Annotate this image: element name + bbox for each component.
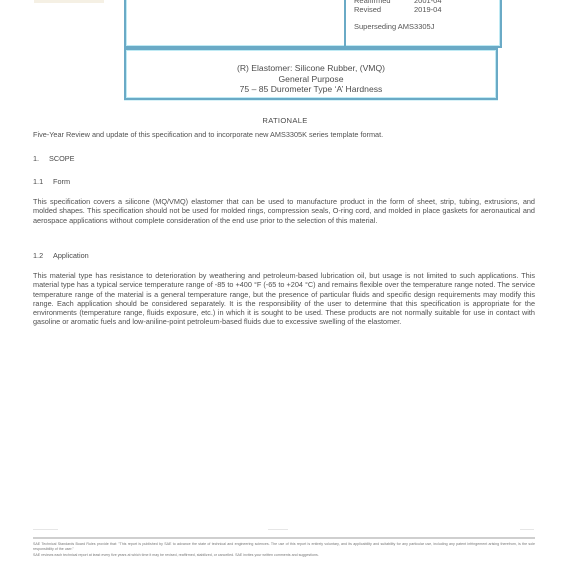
title-line: 75 – 85 Durometer Type ‘A’ Hardness	[126, 84, 496, 95]
rationale-heading: RATIONALE	[0, 116, 570, 125]
footer-notice-review: SAE reviews each technical report at lea…	[33, 553, 535, 558]
application-paragraph: This material type has resistance to det…	[33, 271, 535, 327]
faint-header-remnant	[34, 0, 104, 3]
rationale-text: Five-Year Review and update of this spec…	[33, 130, 535, 139]
footer-faint-mark	[33, 529, 58, 530]
footer-faint-mark	[520, 529, 534, 530]
section-heading-form: 1.1Form	[33, 177, 70, 186]
title-line: (R) Elastomer: Silicone Rubber, (VMQ)	[126, 63, 496, 74]
document-title-block: (R) Elastomer: Silicone Rubber, (VMQ) Ge…	[124, 48, 498, 100]
meta-label: Revised	[354, 5, 414, 14]
meta-row-revised: Revised 2019-04	[354, 5, 494, 14]
document-metadata: Reaffirmed 2001-04 Revised 2019-04 Super…	[354, 0, 494, 32]
section-number: 1.1	[33, 177, 53, 186]
document-page: Reaffirmed 2001-04 Revised 2019-04 Super…	[0, 0, 570, 570]
footer-notice-technical-standards: SAE Technical Standards Board Rules prov…	[33, 542, 535, 551]
section-title: Form	[53, 177, 70, 186]
header-frame: Reaffirmed 2001-04 Revised 2019-04 Super…	[124, 0, 502, 48]
section-title: SCOPE	[49, 154, 75, 163]
footer-faint-mark	[268, 529, 288, 530]
footer-rule	[33, 537, 535, 539]
section-number: 1.2	[33, 251, 53, 260]
section-heading-application: 1.2Application	[33, 251, 89, 260]
section-number: 1.	[33, 154, 49, 163]
header-divider	[344, 0, 346, 46]
section-title: Application	[53, 251, 89, 260]
title-line: General Purpose	[126, 74, 496, 85]
meta-value: 2019-04	[414, 5, 442, 14]
form-paragraph: This specification covers a silicone (MQ…	[33, 197, 535, 225]
superseding-note: Superseding AMS3305J	[354, 22, 494, 31]
section-heading-scope: 1.SCOPE	[33, 154, 75, 163]
